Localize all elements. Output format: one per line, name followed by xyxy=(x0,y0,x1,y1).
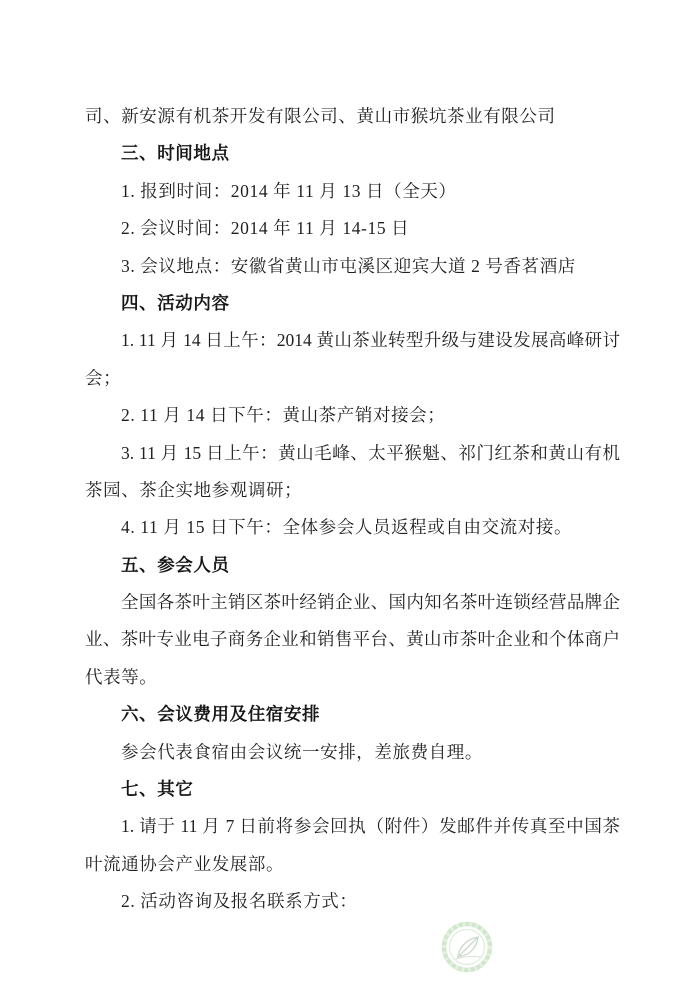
text-line: 2. 11 月 14 日下午：黄山茶产销对接会； xyxy=(85,397,620,434)
text-line: 2. 会议时间：2014 年 11 月 14-15 日 xyxy=(85,210,620,247)
watermark-inner-ring xyxy=(450,930,485,965)
document-page: 司、新安源有机茶开发有限公司、黄山市猴坑茶业有限公司三、时间地点1. 报到时间：… xyxy=(0,0,699,988)
heading-line: 六、会议费用及住宿安排 xyxy=(85,696,620,733)
text-line: 司、新安源有机茶开发有限公司、黄山市猴坑茶业有限公司 xyxy=(85,98,620,135)
heading-line: 五、参会人员 xyxy=(85,547,620,584)
leaf-icon xyxy=(458,937,478,957)
text-line: 全国各茶叶主销区茶叶经销企业、国内知名茶叶连锁经营品牌企 xyxy=(85,584,620,621)
text-line: 4. 11 月 15 日下午：全体参会人员返程或自由交流对接。 xyxy=(85,509,620,546)
heading-line: 三、时间地点 xyxy=(85,135,620,172)
heading-line: 七、其它 xyxy=(85,771,620,808)
text-line: 3. 11 月 15 日上午：黄山毛峰、太平猴魁、祁门红茶和黄山有机 xyxy=(85,435,620,472)
heading-line: 四、活动内容 xyxy=(85,285,620,322)
text-line: 1. 11 月 14 日上午：2014 黄山茶业转型升级与建设发展高峰研讨 xyxy=(85,322,620,359)
text-line: 2. 活动咨询及报名联系方式： xyxy=(85,883,620,920)
text-line: 1. 报到时间：2014 年 11 月 13 日（全天） xyxy=(85,173,620,210)
leaf-watermark-logo xyxy=(436,916,498,978)
text-line: 代表等。 xyxy=(85,659,620,696)
text-line: 业、茶叶专业电子商务企业和销售平台、黄山市茶叶企业和个体商户 xyxy=(85,621,620,658)
text-line: 会； xyxy=(85,360,620,397)
document-body: 司、新安源有机茶开发有限公司、黄山市猴坑茶业有限公司三、时间地点1. 报到时间：… xyxy=(85,98,620,921)
text-line: 3. 会议地点：安徽省黄山市屯溪区迎宾大道 2 号香茗酒店 xyxy=(85,248,620,285)
text-line: 1. 请于 11 月 7 日前将参会回执（附件）发邮件并传真至中国茶 xyxy=(85,808,620,845)
text-line: 参会代表食宿由会议统一安排，差旅费自理。 xyxy=(85,734,620,771)
text-line: 茶园、茶企实地参观调研； xyxy=(85,472,620,509)
text-line: 叶流通协会产业发展部。 xyxy=(85,846,620,883)
